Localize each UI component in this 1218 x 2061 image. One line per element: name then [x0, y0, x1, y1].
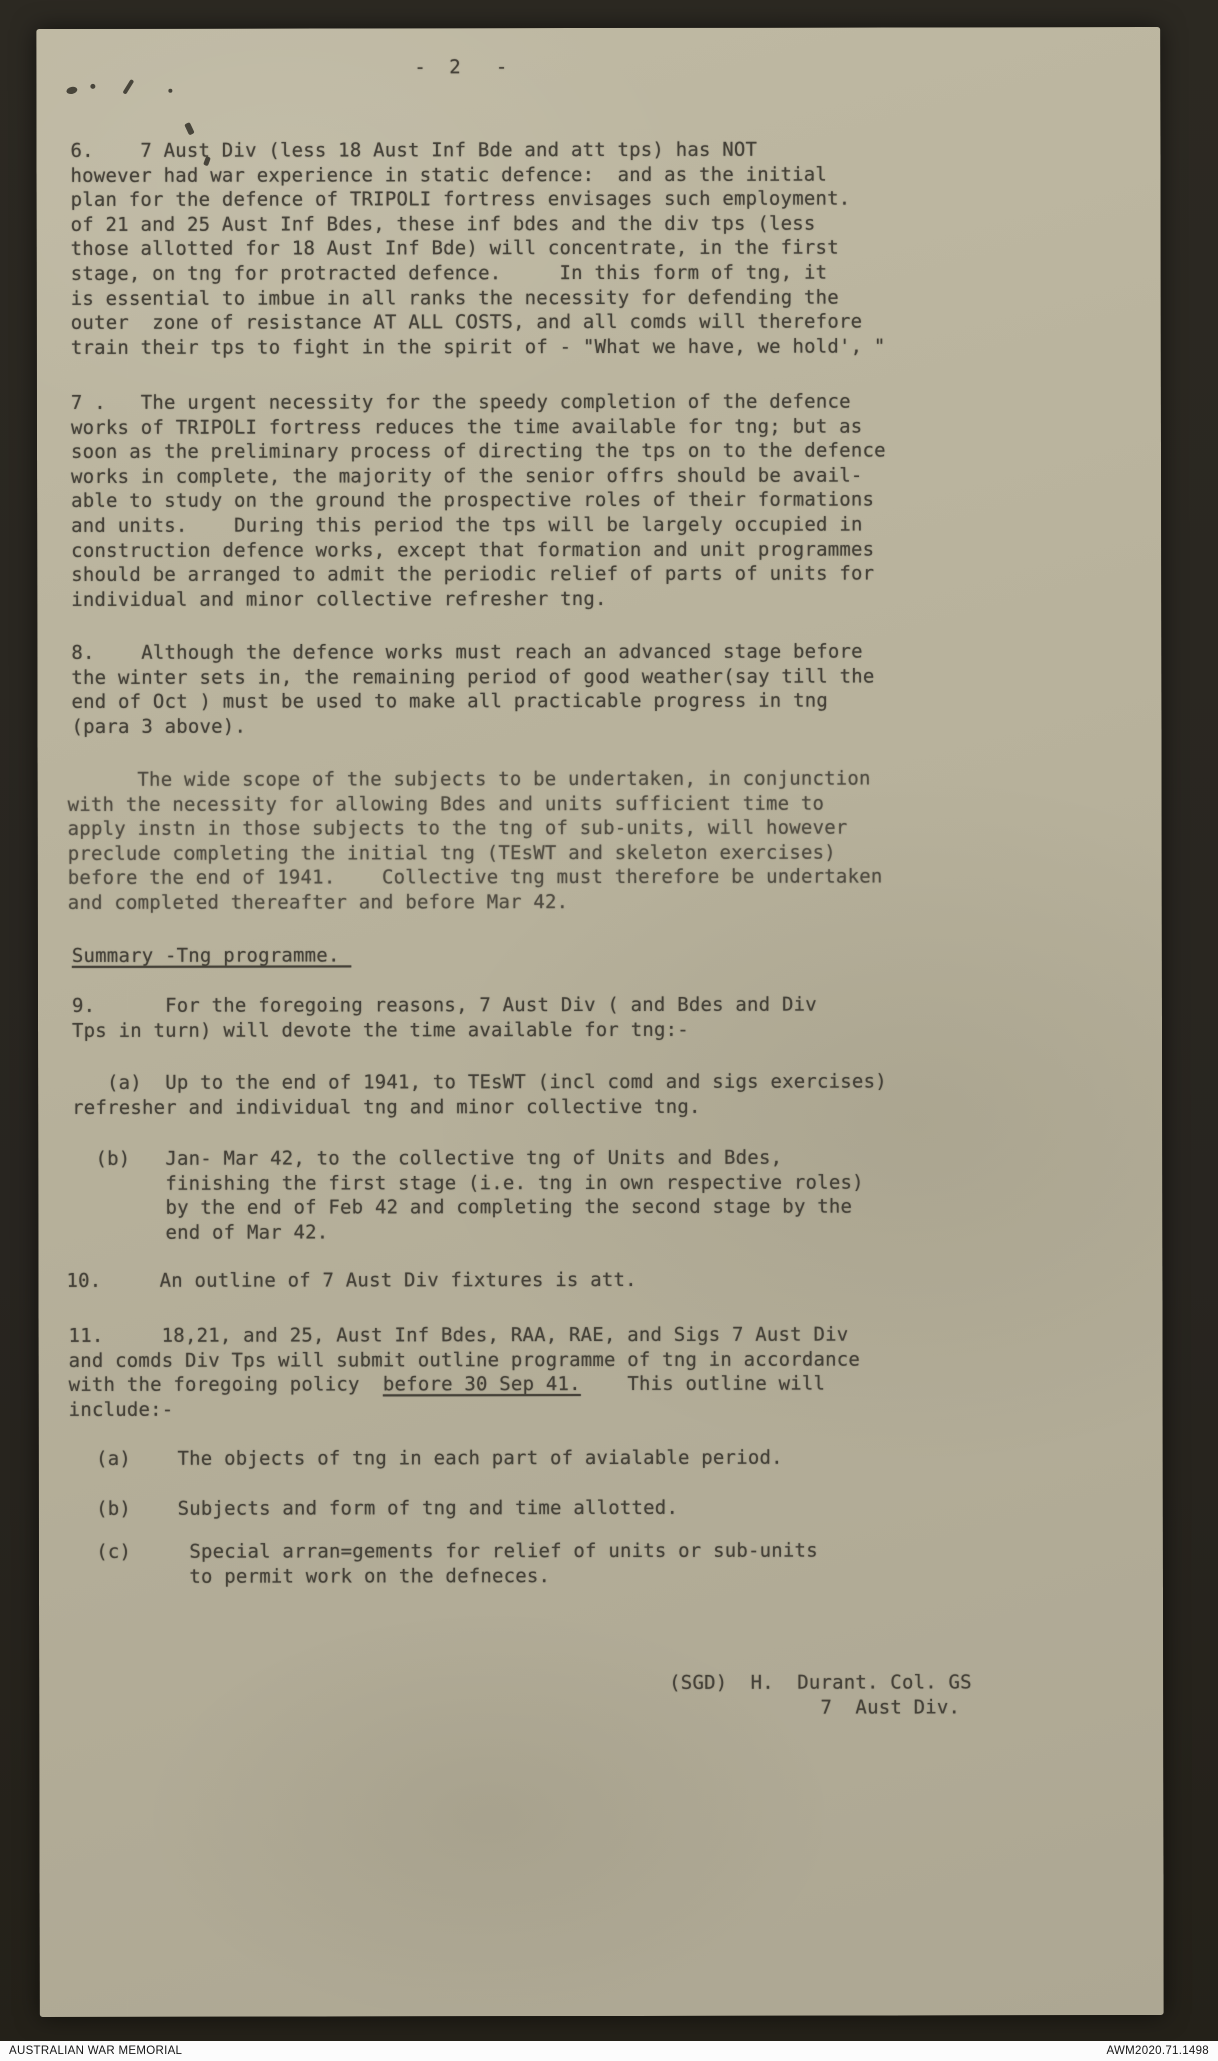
paragraph-11: 11. 18,21, and 25, Aust Inf Bdes, RAA, R… [69, 1323, 861, 1423]
paragraph-8: 8. Although the defence works must reach… [71, 640, 874, 740]
paragraph-11-deadline: before 30 Sep 41. [383, 1373, 581, 1395]
ink-speck [184, 122, 195, 135]
ink-speck [66, 86, 78, 95]
paragraph-7: 7 . The urgent necessity for the speedy … [71, 390, 886, 613]
document-page: - 2 - 6. 7 Aust Div (less 18 Aust Inf Bd… [36, 27, 1163, 2017]
paragraph-6: 6. 7 Aust Div (less 18 Aust Inf Bde and … [70, 138, 885, 361]
summary-heading-text: Summary -Tng programme. [72, 944, 351, 966]
signature-block: (SGD) H. Durant. Col. GS 7 Aust Div. [669, 1670, 972, 1720]
list-item-11c: (c) Special arran=gements for relief of … [73, 1539, 818, 1589]
ink-speck [168, 89, 172, 93]
scan-background: - 2 - 6. 7 Aust Div (less 18 Aust Inf Bd… [0, 0, 1218, 2061]
summary-heading: Summary -Tng programme. [72, 943, 351, 968]
ink-speck [90, 84, 95, 89]
list-item-9a: (a) Up to the end of 1941, to TEsWT (inc… [72, 1069, 887, 1120]
page-number: - 2 - [414, 55, 507, 80]
paragraph-9: 9. For the foregoing reasons, 7 Aust Div… [72, 993, 817, 1043]
archive-institution: AUSTRALIAN WAR MEMORIAL [9, 2045, 182, 2057]
list-item-11a: (a) The objects of tng in each part of a… [73, 1446, 783, 1472]
list-item-9b: (b) Jan- Mar 42, to the collective tng o… [72, 1146, 864, 1246]
paragraph-8-continuation: The wide scope of the subjects to be und… [68, 767, 883, 916]
paragraph-10: 10. An outline of 7 Aust Div fixtures is… [66, 1268, 636, 1294]
list-item-11b: (b) Subjects and form of tng and time al… [73, 1496, 678, 1522]
archive-reference: AWM2020.71.1498 [1106, 2045, 1209, 2057]
archive-footer: AUSTRALIAN WAR MEMORIAL AWM2020.71.1498 [0, 2041, 1218, 2061]
ink-speck [122, 79, 134, 95]
